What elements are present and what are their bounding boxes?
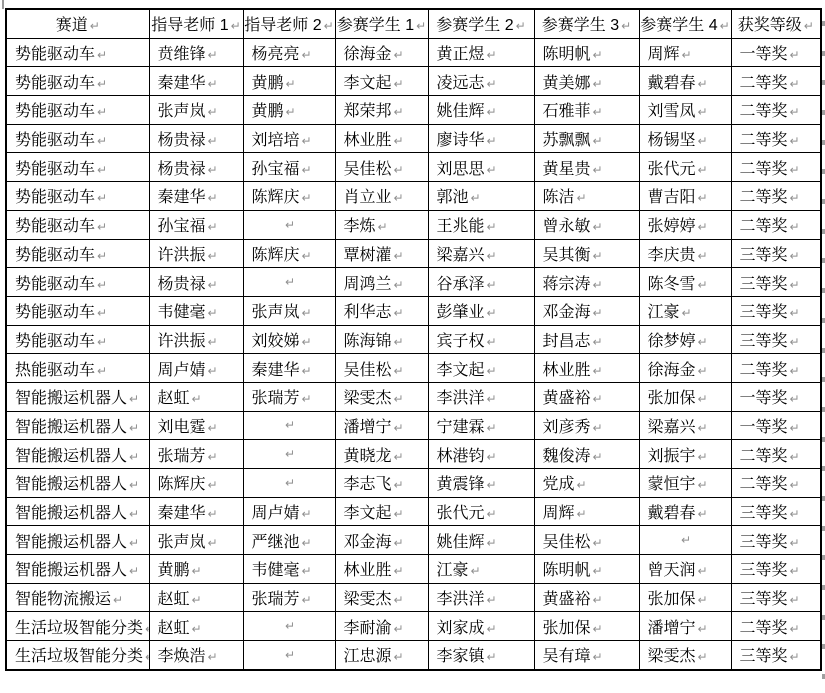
table-cell[interactable]: 张代元↵ bbox=[428, 497, 534, 526]
paragraph-mark-icon: ↵ bbox=[394, 335, 404, 349]
table-cell[interactable]: 黄盛裕↵ bbox=[534, 382, 639, 411]
table-cell[interactable]: ↵ bbox=[243, 268, 335, 297]
paragraph-mark-icon: ↵ bbox=[487, 48, 497, 62]
paragraph-mark-icon: ↵ bbox=[208, 278, 218, 292]
paragraph-mark-icon: ↵ bbox=[394, 134, 404, 148]
paragraph-mark-icon: ↵ bbox=[302, 306, 312, 320]
paragraph-mark-icon: ↵ bbox=[790, 220, 800, 234]
table-cell[interactable]: ↵ bbox=[243, 440, 335, 469]
table-cell-text: 曾天润 bbox=[648, 562, 696, 579]
table-cell[interactable]: 陈冬雪↵ bbox=[639, 268, 731, 297]
table-cell-text: 黄盛裕 bbox=[543, 591, 591, 608]
table-cell[interactable]: 二等奖↵ bbox=[731, 96, 821, 125]
table-cell[interactable]: 李焕浩↵ bbox=[149, 641, 243, 670]
paragraph-mark-icon: ↵ bbox=[487, 306, 497, 320]
paragraph-mark-icon: ↵ bbox=[698, 77, 708, 91]
paragraph-mark-icon: ↵ bbox=[302, 191, 312, 205]
table-cell[interactable]: 黄星贵↵ bbox=[534, 153, 639, 182]
table-cell-text: 黄正煜 bbox=[437, 46, 485, 63]
table-cell[interactable]: 孙宝福↵ bbox=[149, 210, 243, 239]
paragraph-mark-icon: ↵ bbox=[698, 478, 708, 492]
table-cell[interactable]: 势能驱动车↵ bbox=[6, 38, 149, 67]
paragraph-mark-icon: ↵ bbox=[790, 105, 800, 119]
table-cell[interactable]: 张加保↵ bbox=[534, 612, 639, 641]
table-cell-text: 二等奖 bbox=[740, 189, 788, 206]
table-cell[interactable]: 智能搬运机器人↵ bbox=[6, 469, 149, 498]
table-cell[interactable]: 蒙恒宇↵ bbox=[639, 469, 731, 498]
paragraph-mark-icon: ↵ bbox=[593, 163, 603, 177]
table-cell-text: 三等奖 bbox=[740, 304, 788, 321]
table-cell[interactable]: 张瑞芳↵ bbox=[243, 382, 335, 411]
table-cell-text: 林港钧 bbox=[437, 448, 485, 465]
table-cell-text: 张代元 bbox=[437, 505, 485, 522]
table-cell[interactable]: 热能驱动车↵ bbox=[6, 354, 149, 383]
table-cell-text: 黄美娜 bbox=[543, 75, 591, 92]
table-cell[interactable]: 宁建霖↵ bbox=[428, 411, 534, 440]
table-cell[interactable]: 三等奖↵ bbox=[731, 583, 821, 612]
table-cell[interactable]: 张声岚↵ bbox=[149, 96, 243, 125]
paragraph-mark-icon: ↵ bbox=[487, 220, 497, 234]
table-cell[interactable]: 吴有璋↵ bbox=[534, 641, 639, 670]
table-row: 生活垃圾智能分类↵李焕浩↵↵江忠源↵李家镇↵吴有璋↵梁雯杰↵三等奖↵ bbox=[6, 641, 821, 670]
table-cell[interactable]: 智能搬运机器人↵ bbox=[6, 555, 149, 584]
table-cell[interactable]: 刘电霆↵ bbox=[149, 411, 243, 440]
table-cell[interactable]: 陈辉庆↵ bbox=[243, 182, 335, 211]
paragraph-mark-icon: ↵ bbox=[790, 536, 800, 550]
table-cell[interactable]: 贲维锋↵ bbox=[149, 38, 243, 67]
table-cell[interactable]: 姚佳辉↵ bbox=[428, 526, 534, 555]
table-cell[interactable]: 宾子权↵ bbox=[428, 325, 534, 354]
table-cell[interactable]: 刘振宇↵ bbox=[639, 440, 731, 469]
table-cell[interactable]: 邓金海↵ bbox=[534, 296, 639, 325]
table-cell-text: 二等奖 bbox=[740, 161, 788, 178]
table-cell[interactable]: 张加保↵ bbox=[639, 382, 731, 411]
table-cell-text: 梁雯杰 bbox=[344, 591, 392, 608]
table-cell[interactable]: 二等奖↵ bbox=[731, 612, 821, 641]
table-cell[interactable]: 生活垃圾智能分类↵ bbox=[6, 612, 149, 641]
table-cell[interactable]: 秦建华↵ bbox=[149, 182, 243, 211]
table-cell[interactable]: ↵ bbox=[243, 641, 335, 670]
table-cell[interactable]: 势能驱动车↵ bbox=[6, 268, 149, 297]
table-cell[interactable]: 黄鹏↵ bbox=[243, 96, 335, 125]
table-cell[interactable]: 二等奖↵ bbox=[731, 440, 821, 469]
table-cell[interactable]: 智能搬运机器人↵ bbox=[6, 411, 149, 440]
table-cell[interactable]: ↵ bbox=[243, 469, 335, 498]
table-cell[interactable]: 二等奖↵ bbox=[731, 67, 821, 96]
paragraph-mark-icon: ↵ bbox=[285, 418, 295, 432]
table-cell[interactable]: 江忠源↵ bbox=[335, 641, 428, 670]
table-cell[interactable]: 韦健毫↵ bbox=[149, 296, 243, 325]
table-cell[interactable]: 谷承泽↵ bbox=[428, 268, 534, 297]
table-cell[interactable]: 三等奖↵ bbox=[731, 555, 821, 584]
table-cell-text: 二等奖 bbox=[740, 75, 788, 92]
table-cell[interactable]: 梁嘉兴↵ bbox=[639, 411, 731, 440]
table-cell[interactable]: 黄盛裕↵ bbox=[534, 583, 639, 612]
table-cell-text: 势能驱动车 bbox=[15, 189, 95, 206]
table-cell[interactable]: 势能驱动车↵ bbox=[6, 124, 149, 153]
table-cell[interactable]: 吴其衡↵ bbox=[534, 239, 639, 268]
table-cell[interactable]: 一等奖↵ bbox=[731, 38, 821, 67]
table-cell[interactable]: 黄鹏↵ bbox=[243, 67, 335, 96]
table-cell[interactable]: 周辉↵ bbox=[639, 38, 731, 67]
table-cell-text: 潘增宁 bbox=[648, 620, 696, 637]
paragraph-mark-icon: ↵ bbox=[394, 306, 404, 320]
table-cell[interactable]: 赵虹↵ bbox=[149, 583, 243, 612]
table-cell[interactable]: 杨贵禄↵ bbox=[149, 153, 243, 182]
table-cell-text: 三等奖 bbox=[740, 505, 788, 522]
table-cell-text: 宁建霖 bbox=[437, 419, 485, 436]
table-cell[interactable]: 智能物流搬运↵ bbox=[6, 583, 149, 612]
table-cell-text: 杨亮亮 bbox=[252, 46, 300, 63]
table-cell[interactable]: 戴碧春↵ bbox=[639, 497, 731, 526]
table-cell[interactable]: 生活垃圾智能分类↵ bbox=[6, 641, 149, 670]
table-cell[interactable]: 潘增宁↵ bbox=[639, 612, 731, 641]
table-cell[interactable]: 周辉↵ bbox=[534, 497, 639, 526]
table-cell[interactable]: 三等奖↵ bbox=[731, 497, 821, 526]
paragraph-mark-icon: ↵ bbox=[394, 478, 404, 492]
table-cell-text: 张声岚 bbox=[158, 103, 206, 120]
table-cell-text: 严继池 bbox=[252, 534, 300, 551]
paragraph-mark-icon: ↵ bbox=[698, 249, 708, 263]
table-cell[interactable]: 刘姣娣↵ bbox=[243, 325, 335, 354]
table-cell[interactable]: 势能驱动车↵ bbox=[6, 153, 149, 182]
table-cell[interactable]: 梁嘉兴↵ bbox=[428, 239, 534, 268]
table-row: 势能驱动车↵杨贵禄↵孙宝福↵吴佳松↵刘思思↵黄星贵↵张代元↵二等奖↵ bbox=[6, 153, 821, 182]
paragraph-mark-icon: ↵ bbox=[471, 191, 481, 205]
table-cell[interactable]: 刘思思↵ bbox=[428, 153, 534, 182]
table-cell[interactable]: 黄正煜↵ bbox=[428, 38, 534, 67]
table-cell[interactable]: ↵ bbox=[243, 210, 335, 239]
paragraph-mark-icon: ↵ bbox=[208, 191, 218, 205]
table-cell-text: 陈辉庆 bbox=[252, 189, 300, 206]
table-cell[interactable]: 势能驱动车↵ bbox=[6, 296, 149, 325]
column-header-2-text: 指导老师 1 bbox=[151, 17, 228, 34]
table-cell-text: 邓金海 bbox=[543, 304, 591, 321]
table-cell[interactable]: 江豪↵ bbox=[428, 555, 534, 584]
table-cell[interactable]: 智能搬运机器人↵ bbox=[6, 382, 149, 411]
table-cell[interactable]: 陈辉庆↵ bbox=[243, 239, 335, 268]
table-cell[interactable]: 二等奖↵ bbox=[731, 124, 821, 153]
paragraph-mark-icon: ↵ bbox=[593, 220, 603, 234]
paragraph-mark-icon: ↵ bbox=[790, 622, 800, 636]
table-cell[interactable]: 李文起↵ bbox=[335, 67, 428, 96]
table-cell[interactable]: 三等奖↵ bbox=[731, 526, 821, 555]
paragraph-mark-icon: ↵ bbox=[285, 275, 295, 289]
table-cell[interactable]: 曾永敏↵ bbox=[534, 210, 639, 239]
table-cell[interactable]: 孙宝福↵ bbox=[243, 153, 335, 182]
paragraph-mark-icon: ↵ bbox=[790, 450, 800, 464]
table-cell[interactable]: 陈辉庆↵ bbox=[149, 469, 243, 498]
paragraph-mark-icon: ↵ bbox=[285, 476, 295, 490]
table-cell[interactable]: 李耐渝↵ bbox=[335, 612, 428, 641]
table-cell[interactable]: 秦建华↵ bbox=[149, 67, 243, 96]
paragraph-mark-icon: ↵ bbox=[790, 335, 800, 349]
table-cell[interactable]: 杨亮亮↵ bbox=[243, 38, 335, 67]
paragraph-mark-icon: ↵ bbox=[698, 105, 708, 119]
table-cell[interactable]: 廖诗华↵ bbox=[428, 124, 534, 153]
table-cell[interactable]: 三等奖↵ bbox=[731, 239, 821, 268]
column-header-8-text: 获奖等级 bbox=[738, 17, 802, 34]
table-cell[interactable]: 王兆能↵ bbox=[428, 210, 534, 239]
table-cell[interactable]: 曹吉阳↵ bbox=[639, 182, 731, 211]
paragraph-mark-icon: ↵ bbox=[790, 191, 800, 205]
table-cell-text: 二等奖 bbox=[740, 362, 788, 379]
table-cell-text: 三等奖 bbox=[740, 276, 788, 293]
table-row: 势能驱动车↵秦建华↵陈辉庆↵肖立业↵郭池↵陈洁↵曹吉阳↵二等奖↵ bbox=[6, 182, 821, 211]
paragraph-mark-icon: ↵ bbox=[593, 564, 603, 578]
column-header-3-text: 指导老师 2 bbox=[244, 17, 321, 34]
table-cell[interactable]: 吴佳松↵ bbox=[335, 354, 428, 383]
table-cell[interactable]: 利华志↵ bbox=[335, 296, 428, 325]
table-cell[interactable]: 势能驱动车↵ bbox=[6, 67, 149, 96]
table-cell[interactable]: 曾天润↵ bbox=[639, 555, 731, 584]
table-cell[interactable]: 徐梦婷↵ bbox=[639, 325, 731, 354]
table-cell[interactable]: 张婷婷↵ bbox=[639, 210, 731, 239]
table-cell[interactable]: 赵虹↵ bbox=[149, 382, 243, 411]
table-cell[interactable]: 杨锡坚↵ bbox=[639, 124, 731, 153]
table-cell[interactable]: 梁雯杰↵ bbox=[639, 641, 731, 670]
table-cell[interactable]: 李家镇↵ bbox=[428, 641, 534, 670]
table-cell[interactable]: 戴碧春↵ bbox=[639, 67, 731, 96]
table-cell[interactable]: 刘彦秀↵ bbox=[534, 411, 639, 440]
table-cell-text: 姚佳辉 bbox=[437, 103, 485, 120]
paragraph-mark-icon: ↵ bbox=[208, 134, 218, 148]
paragraph-mark-icon: ↵ bbox=[487, 105, 497, 119]
table-cell[interactable]: 势能驱动车↵ bbox=[6, 96, 149, 125]
table-cell[interactable]: 三等奖↵ bbox=[731, 325, 821, 354]
table-cell[interactable]: 韦健毫↵ bbox=[243, 555, 335, 584]
table-cell[interactable]: 徐海金↵ bbox=[639, 354, 731, 383]
table-cell[interactable]: 苏飘飘↵ bbox=[534, 124, 639, 153]
table-cell[interactable]: 陈明帆↵ bbox=[534, 555, 639, 584]
table-cell[interactable]: 林业胜↵ bbox=[335, 555, 428, 584]
paragraph-mark-icon: ↵ bbox=[97, 220, 107, 234]
table-cell[interactable]: 魏俊涛↵ bbox=[534, 440, 639, 469]
paragraph-mark-icon: ↵ bbox=[593, 622, 603, 636]
table-cell[interactable]: 彭肇业↵ bbox=[428, 296, 534, 325]
table-cell[interactable]: 郭池↵ bbox=[428, 182, 534, 211]
table-cell-text: 韦健毫 bbox=[252, 562, 300, 579]
column-header-5-text: 参赛学生 2 bbox=[436, 17, 513, 34]
table-cell-text: 魏俊涛 bbox=[543, 448, 591, 465]
table-cell[interactable]: 吴佳松↵ bbox=[534, 526, 639, 555]
table-cell[interactable]: 林港钧↵ bbox=[428, 440, 534, 469]
table-cell[interactable]: 周卢婧↵ bbox=[149, 354, 243, 383]
table-cell[interactable]: 周卢婧↵ bbox=[243, 497, 335, 526]
table-cell[interactable]: 李洪洋↵ bbox=[428, 583, 534, 612]
table-cell[interactable]: 势能驱动车↵ bbox=[6, 325, 149, 354]
table-cell[interactable]: 杨贵禄↵ bbox=[149, 268, 243, 297]
column-header-7[interactable]: 参赛学生 4↵ bbox=[639, 9, 731, 38]
table-cell[interactable]: 张声岚↵ bbox=[243, 296, 335, 325]
table-cell-text: 刘思思 bbox=[437, 161, 485, 178]
table-cell[interactable]: 许洪振↵ bbox=[149, 239, 243, 268]
table-cell[interactable]: 梁雯杰↵ bbox=[335, 583, 428, 612]
table-row: 智能搬运机器人↵刘电霆↵↵潘增宁↵宁建霖↵刘彦秀↵梁嘉兴↵一等奖↵ bbox=[6, 411, 821, 440]
column-header-3[interactable]: 指导老师 2↵ bbox=[243, 9, 335, 38]
table-cell[interactable]: 李炼↵ bbox=[335, 210, 428, 239]
paragraph-mark-icon: ↵ bbox=[302, 593, 312, 607]
table-cell-text: 廖诗华 bbox=[437, 132, 485, 149]
table-cell[interactable]: 李文起↵ bbox=[428, 354, 534, 383]
table-cell[interactable]: 一等奖↵ bbox=[731, 411, 821, 440]
paragraph-mark-icon: ↵ bbox=[487, 421, 497, 435]
table-cell-text: 三等奖 bbox=[740, 333, 788, 350]
table-cell[interactable]: 邓金海↵ bbox=[335, 526, 428, 555]
table-cell[interactable]: 黄美娜↵ bbox=[534, 67, 639, 96]
table-cell[interactable]: 张加保↵ bbox=[639, 583, 731, 612]
table-cell-text: 一等奖 bbox=[740, 390, 788, 407]
table-cell[interactable]: ↵ bbox=[243, 612, 335, 641]
table-cell[interactable]: 石雅菲↵ bbox=[534, 96, 639, 125]
column-header-6[interactable]: 参赛学生 3↵ bbox=[534, 9, 639, 38]
table-cell-text: 周辉 bbox=[648, 46, 680, 63]
paragraph-mark-icon: ↵ bbox=[302, 163, 312, 177]
paragraph-mark-icon: ↵ bbox=[487, 650, 497, 664]
table-cell-text: 梁雯杰 bbox=[344, 390, 392, 407]
paragraph-mark-icon: ↵ bbox=[593, 650, 603, 664]
column-header-5[interactable]: 参赛学生 2↵ bbox=[428, 9, 534, 38]
table-cell[interactable]: ↵ bbox=[243, 411, 335, 440]
table-cell[interactable]: 智能搬运机器人↵ bbox=[6, 497, 149, 526]
table-cell[interactable]: 陈海锦↵ bbox=[335, 325, 428, 354]
table-cell[interactable]: 许洪振↵ bbox=[149, 325, 243, 354]
paragraph-mark-icon: ↵ bbox=[698, 650, 708, 664]
table-cell-text: 陈辉庆 bbox=[158, 476, 206, 493]
table-cell[interactable]: 杨贵禄↵ bbox=[149, 124, 243, 153]
table-cell-text: 杨贵禄 bbox=[158, 161, 206, 178]
table-cell[interactable]: 秦建华↵ bbox=[149, 497, 243, 526]
table-cell-text: 宾子权 bbox=[437, 333, 485, 350]
table-cell[interactable]: 梁雯杰↵ bbox=[335, 382, 428, 411]
table-row: 生活垃圾智能分类↵赵虹↵↵李耐渝↵刘家成↵张加保↵潘增宁↵二等奖↵ bbox=[6, 612, 821, 641]
table-cell[interactable]: 张瑞芳↵ bbox=[243, 583, 335, 612]
table-cell-text: 张加保 bbox=[648, 390, 696, 407]
column-header-1[interactable]: 赛道↵ bbox=[6, 9, 149, 38]
table-cell-text: 许洪振 bbox=[158, 333, 206, 350]
column-header-8[interactable]: 获奖等级↵ bbox=[731, 9, 821, 38]
table-cell-text: 党成 bbox=[543, 476, 575, 493]
table-cell[interactable]: 林业胜↵ bbox=[534, 354, 639, 383]
paragraph-mark-icon: ↵ bbox=[192, 622, 202, 636]
table-cell-text: 智能搬运机器人 bbox=[15, 448, 127, 465]
table-cell-text: 戴碧春 bbox=[648, 505, 696, 522]
table-cell[interactable]: 徐海金↵ bbox=[335, 38, 428, 67]
table-cell[interactable]: 陈明帆↵ bbox=[534, 38, 639, 67]
table-cell-text: 陈冬雪 bbox=[648, 276, 696, 293]
table-cell[interactable]: 刘培培↵ bbox=[243, 124, 335, 153]
table-cell[interactable]: 周鸿兰↵ bbox=[335, 268, 428, 297]
table-cell-text: 彭肇业 bbox=[437, 304, 485, 321]
table-cell[interactable]: 陈洁↵ bbox=[534, 182, 639, 211]
table-cell[interactable]: 覃树灌↵ bbox=[335, 239, 428, 268]
paragraph-mark-icon: ↵ bbox=[416, 19, 426, 33]
paragraph-mark-icon: ↵ bbox=[698, 364, 708, 378]
paragraph-mark-icon: ↵ bbox=[790, 278, 800, 292]
paragraph-mark-icon: ↵ bbox=[790, 163, 800, 177]
column-header-4-text: 参赛学生 1 bbox=[337, 17, 414, 34]
table-cell[interactable]: 吴佳松↵ bbox=[335, 153, 428, 182]
table-cell[interactable]: 潘增宁↵ bbox=[335, 411, 428, 440]
table-cell-text: 江豪 bbox=[437, 562, 469, 579]
table-cell[interactable]: 势能驱动车↵ bbox=[6, 182, 149, 211]
table-cell[interactable]: 张瑞芳↵ bbox=[149, 440, 243, 469]
paragraph-mark-icon: ↵ bbox=[129, 392, 139, 406]
table-cell[interactable]: 二等奖↵ bbox=[731, 354, 821, 383]
table-cell[interactable]: 一等奖↵ bbox=[731, 382, 821, 411]
table-cell[interactable]: 姚佳辉↵ bbox=[428, 96, 534, 125]
table-cell[interactable]: 二等奖↵ bbox=[731, 153, 821, 182]
table-cell[interactable]: 二等奖↵ bbox=[731, 469, 821, 498]
table-cell[interactable]: 江豪↵ bbox=[639, 296, 731, 325]
table-cell[interactable]: 赵虹↵ bbox=[149, 612, 243, 641]
table-cell[interactable]: 黄晓龙↵ bbox=[335, 440, 428, 469]
table-cell[interactable]: 李庆贵↵ bbox=[639, 239, 731, 268]
table-cell[interactable]: 张代元↵ bbox=[639, 153, 731, 182]
table-cell[interactable]: 李洪洋↵ bbox=[428, 382, 534, 411]
column-header-4[interactable]: 参赛学生 1↵ bbox=[335, 9, 428, 38]
table-cell[interactable]: ↵ bbox=[639, 526, 731, 555]
table-cell[interactable]: 蒋宗涛↵ bbox=[534, 268, 639, 297]
paragraph-mark-icon: ↵ bbox=[208, 249, 218, 263]
table-cell-text: 李家镇 bbox=[437, 648, 485, 665]
table-cell[interactable]: 智能搬运机器人↵ bbox=[6, 526, 149, 555]
table-cell-text: 智能搬运机器人 bbox=[15, 534, 127, 551]
table-cell[interactable]: 党成↵ bbox=[534, 469, 639, 498]
table-cell[interactable]: 智能搬运机器人↵ bbox=[6, 440, 149, 469]
table-row: 热能驱动车↵周卢婧↵秦建华↵吴佳松↵李文起↵林业胜↵徐海金↵二等奖↵ bbox=[6, 354, 821, 383]
table-cell[interactable]: 张声岚↵ bbox=[149, 526, 243, 555]
table-cell[interactable]: 凌远志↵ bbox=[428, 67, 534, 96]
table-cell[interactable]: 封昌志↵ bbox=[534, 325, 639, 354]
table-cell[interactable]: 李志飞↵ bbox=[335, 469, 428, 498]
table-cell[interactable]: 郑荣邦↵ bbox=[335, 96, 428, 125]
table-cell[interactable]: 三等奖↵ bbox=[731, 296, 821, 325]
table-cell[interactable]: 秦建华↵ bbox=[243, 354, 335, 383]
table-cell[interactable]: 三等奖↵ bbox=[731, 641, 821, 670]
table-cell-text: 二等奖 bbox=[740, 448, 788, 465]
paragraph-mark-icon: ↵ bbox=[487, 163, 497, 177]
table-cell[interactable]: 严继池↵ bbox=[243, 526, 335, 555]
paragraph-mark-icon: ↵ bbox=[97, 105, 107, 119]
table-cell[interactable]: 势能驱动车↵ bbox=[6, 239, 149, 268]
table-cell[interactable]: 刘雪凤↵ bbox=[639, 96, 731, 125]
table-cell[interactable]: 李文起↵ bbox=[335, 497, 428, 526]
table-row: 势能驱动车↵秦建华↵黄鹏↵李文起↵凌远志↵黄美娜↵戴碧春↵二等奖↵ bbox=[6, 67, 821, 96]
table-cell[interactable]: 三等奖↵ bbox=[731, 268, 821, 297]
table-cell-text: 黄星贵 bbox=[543, 161, 591, 178]
table-cell[interactable]: 黄震锋↵ bbox=[428, 469, 534, 498]
table-cell[interactable]: 肖立业↵ bbox=[335, 182, 428, 211]
table-cell[interactable]: 黄鹏↵ bbox=[149, 555, 243, 584]
paragraph-mark-icon: ↵ bbox=[302, 134, 312, 148]
table-cell[interactable]: 二等奖↵ bbox=[731, 210, 821, 239]
table-cell[interactable]: 林业胜↵ bbox=[335, 124, 428, 153]
table-cell[interactable]: 刘家成↵ bbox=[428, 612, 534, 641]
paragraph-mark-icon: ↵ bbox=[129, 478, 139, 492]
paragraph-mark-icon: ↵ bbox=[487, 335, 497, 349]
table-cell-text: 生活垃圾智能分类 bbox=[15, 648, 143, 665]
table-cell-text: 李耐渝 bbox=[344, 620, 392, 637]
cursor-mark bbox=[2, 0, 4, 9]
table-cell[interactable]: 二等奖↵ bbox=[731, 182, 821, 211]
table-cell[interactable]: 势能驱动车↵ bbox=[6, 210, 149, 239]
table-cell-text: 三等奖 bbox=[740, 648, 788, 665]
paragraph-mark-icon: ↵ bbox=[394, 421, 404, 435]
column-header-2[interactable]: 指导老师 1↵ bbox=[149, 9, 243, 38]
header-row: 赛道↵指导老师 1↵指导老师 2↵参赛学生 1↵参赛学生 2↵参赛学生 3↵参赛… bbox=[6, 9, 821, 38]
column-header-6-text: 参赛学生 3 bbox=[542, 17, 619, 34]
